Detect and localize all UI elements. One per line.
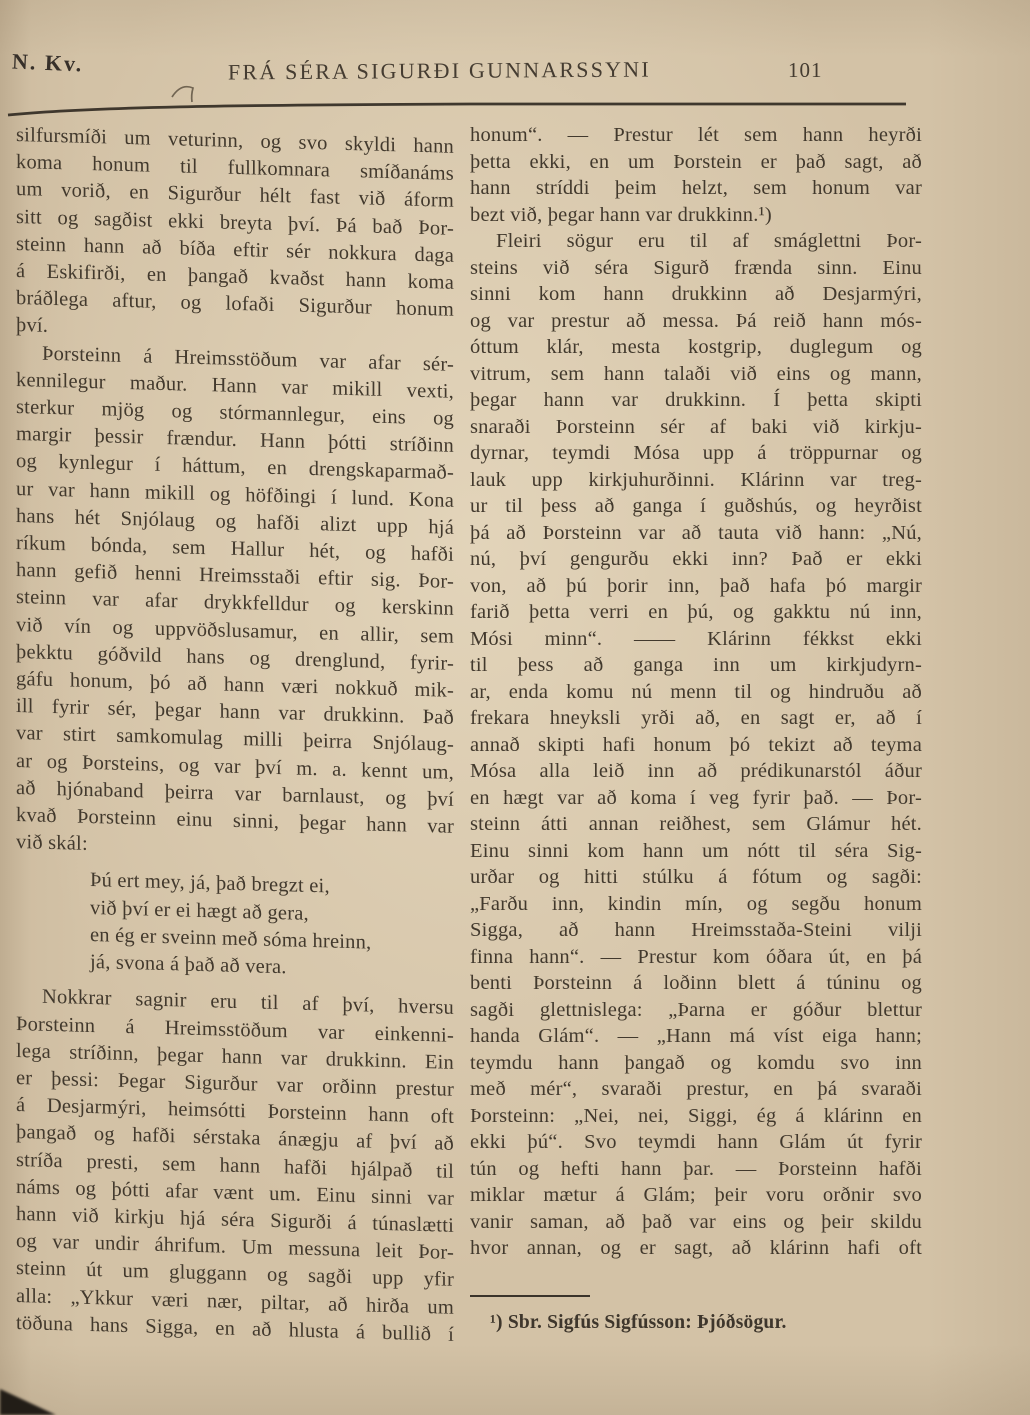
text-column-right: honum“. — Prestur lét sem hann heyrðiþet…	[470, 122, 922, 1262]
text-line: miklar mætur á Glám; þeir voru orðnir sv…	[470, 1182, 922, 1209]
text-line: bezt við, þegar hann var drukkinn.¹)	[470, 202, 922, 229]
text-line: Þorsteinn: „Nei, nei, Siggi, ég á klárin…	[470, 1103, 922, 1130]
paragraph: Fleiri sögur eru til af smáglettni Þor-s…	[470, 228, 922, 1262]
text-line: sagði glettnislega: „Þarna er góður blet…	[470, 997, 922, 1024]
text-line: ur til þess að ganga í guðshús, og heyrð…	[470, 493, 922, 520]
text-line: Sigga, að hann Hreimsstaða-Steini vilji	[470, 917, 922, 944]
text-line: finna hann“. — Prestur kom óðara út, en …	[470, 944, 922, 971]
text-line: Mósa alla leið inn að prédikunarstól áðu…	[470, 758, 922, 785]
text-line: nú, því gengurðu ekki inn? Það er ekki	[470, 546, 922, 573]
text-line: vanir saman, að það var eins og þeir ski…	[470, 1209, 922, 1236]
text-column-left: silfursmíði um veturinn, og svo skyldi h…	[16, 122, 454, 1349]
text-line: snaraði Þorsteinn sér af baki við kirkju…	[470, 414, 922, 441]
text-line: urðar og hitti stúlku á fótum og sagði:	[470, 864, 922, 891]
text-line: vitrum, sem hann talaði við eins og mann…	[470, 361, 922, 388]
paragraph: honum“. — Prestur lét sem hann heyrðiþet…	[470, 122, 922, 228]
text-line: og var prestur að messa. Þá reið hann mó…	[470, 308, 922, 335]
text-line: með mér“, svaraði prestur, en þá svaraði	[470, 1076, 922, 1103]
paragraph: Þorsteinn á Hreimsstöðum var afar sér-ke…	[16, 340, 454, 869]
text-line: óttum klár, mesta kostgrip, duglegum og	[470, 334, 922, 361]
text-line: tún og hefti hann þar. — Þorsteinn hafði	[470, 1156, 922, 1183]
text-line: hvor annan, og er sagt, að klárinn hafi …	[470, 1235, 922, 1262]
text-line: þetta ekki, en um Þorstein er það sagt, …	[470, 149, 922, 176]
text-line: honum“. — Prestur lét sem hann heyrði	[470, 122, 922, 149]
text-line: en hægt var að koma í veg fyrir það. — Þ…	[470, 785, 922, 812]
scanned-book-page: N. Kv. FRÁ SÉRA SIGURÐI GUNNARSSYNI 101 …	[0, 0, 1030, 1415]
text-line: Einu sinni kom hann um nótt til séra Sig…	[470, 838, 922, 865]
text-line: „Farðu inn, kindin mín, og segðu honum	[470, 891, 922, 918]
verse-block: Þú ert mey, já, það bregzt ei,við því er…	[90, 867, 454, 986]
text-line: ekki þú“. Svo teymdi hann Glám út fyrir	[470, 1129, 922, 1156]
text-line: Mósi minn“. —— Klárinn fékkst ekki	[470, 626, 922, 653]
pen-mark-artifact	[0, 0, 1030, 130]
text-line: ar, enda komu nú menn til og hindruðu að	[470, 679, 922, 706]
text-line: teymdu hann þangað og komdu svo inn	[470, 1050, 922, 1077]
text-line: Fleiri sögur eru til af smáglettni Þor-	[470, 228, 922, 255]
text-line: farið þetta verri en þú, og gakktu nú in…	[470, 599, 922, 626]
text-line: steinn átti annan reiðhest, sem Glámur h…	[470, 811, 922, 838]
text-line: lauk upp kirkjuhurðinni. Klárinn var tre…	[470, 467, 922, 494]
footnote-divider	[470, 1295, 590, 1297]
text-line: þegar hann var drukkinn. Í þetta skipti	[470, 387, 922, 414]
text-line: steins við séra Sigurð frænda sinn. Einu	[470, 255, 922, 282]
text-line: von, að þú þorir inn, það hafa þó margir	[470, 573, 922, 600]
text-line: dyrnar, teymdi Mósa upp á tröppurnar og	[470, 440, 922, 467]
paragraph: silfursmíði um veturinn, og svo skyldi h…	[16, 122, 454, 351]
text-line: þá að Þorsteinn var að tauta við hann: „…	[470, 520, 922, 547]
text-line: frekara hneyksli yrði að, en sagt er, að…	[470, 705, 922, 732]
text-line: annað skipti hafi honum þó tekizt að tey…	[470, 732, 922, 759]
text-line: til þess að ganga inn um kirkjudyrn-	[470, 652, 922, 679]
footnote-text: ¹) Sbr. Sigfús Sigfússon: Þjóðsögur.	[470, 1312, 942, 1334]
text-line: benti Þorsteinn á loðinn blett á túninu …	[470, 970, 922, 997]
scan-corner-shadow	[0, 1389, 56, 1415]
text-line: hann stríddi þeim helzt, sem honum var	[470, 175, 922, 202]
paragraph: Nokkrar sagnir eru til af því, hversuÞor…	[16, 983, 454, 1348]
text-line: handa Glám“. — „Hann má víst eiga hann;	[470, 1023, 922, 1050]
text-line: sinni kom hann drukkinn að Desjarmýri,	[470, 281, 922, 308]
